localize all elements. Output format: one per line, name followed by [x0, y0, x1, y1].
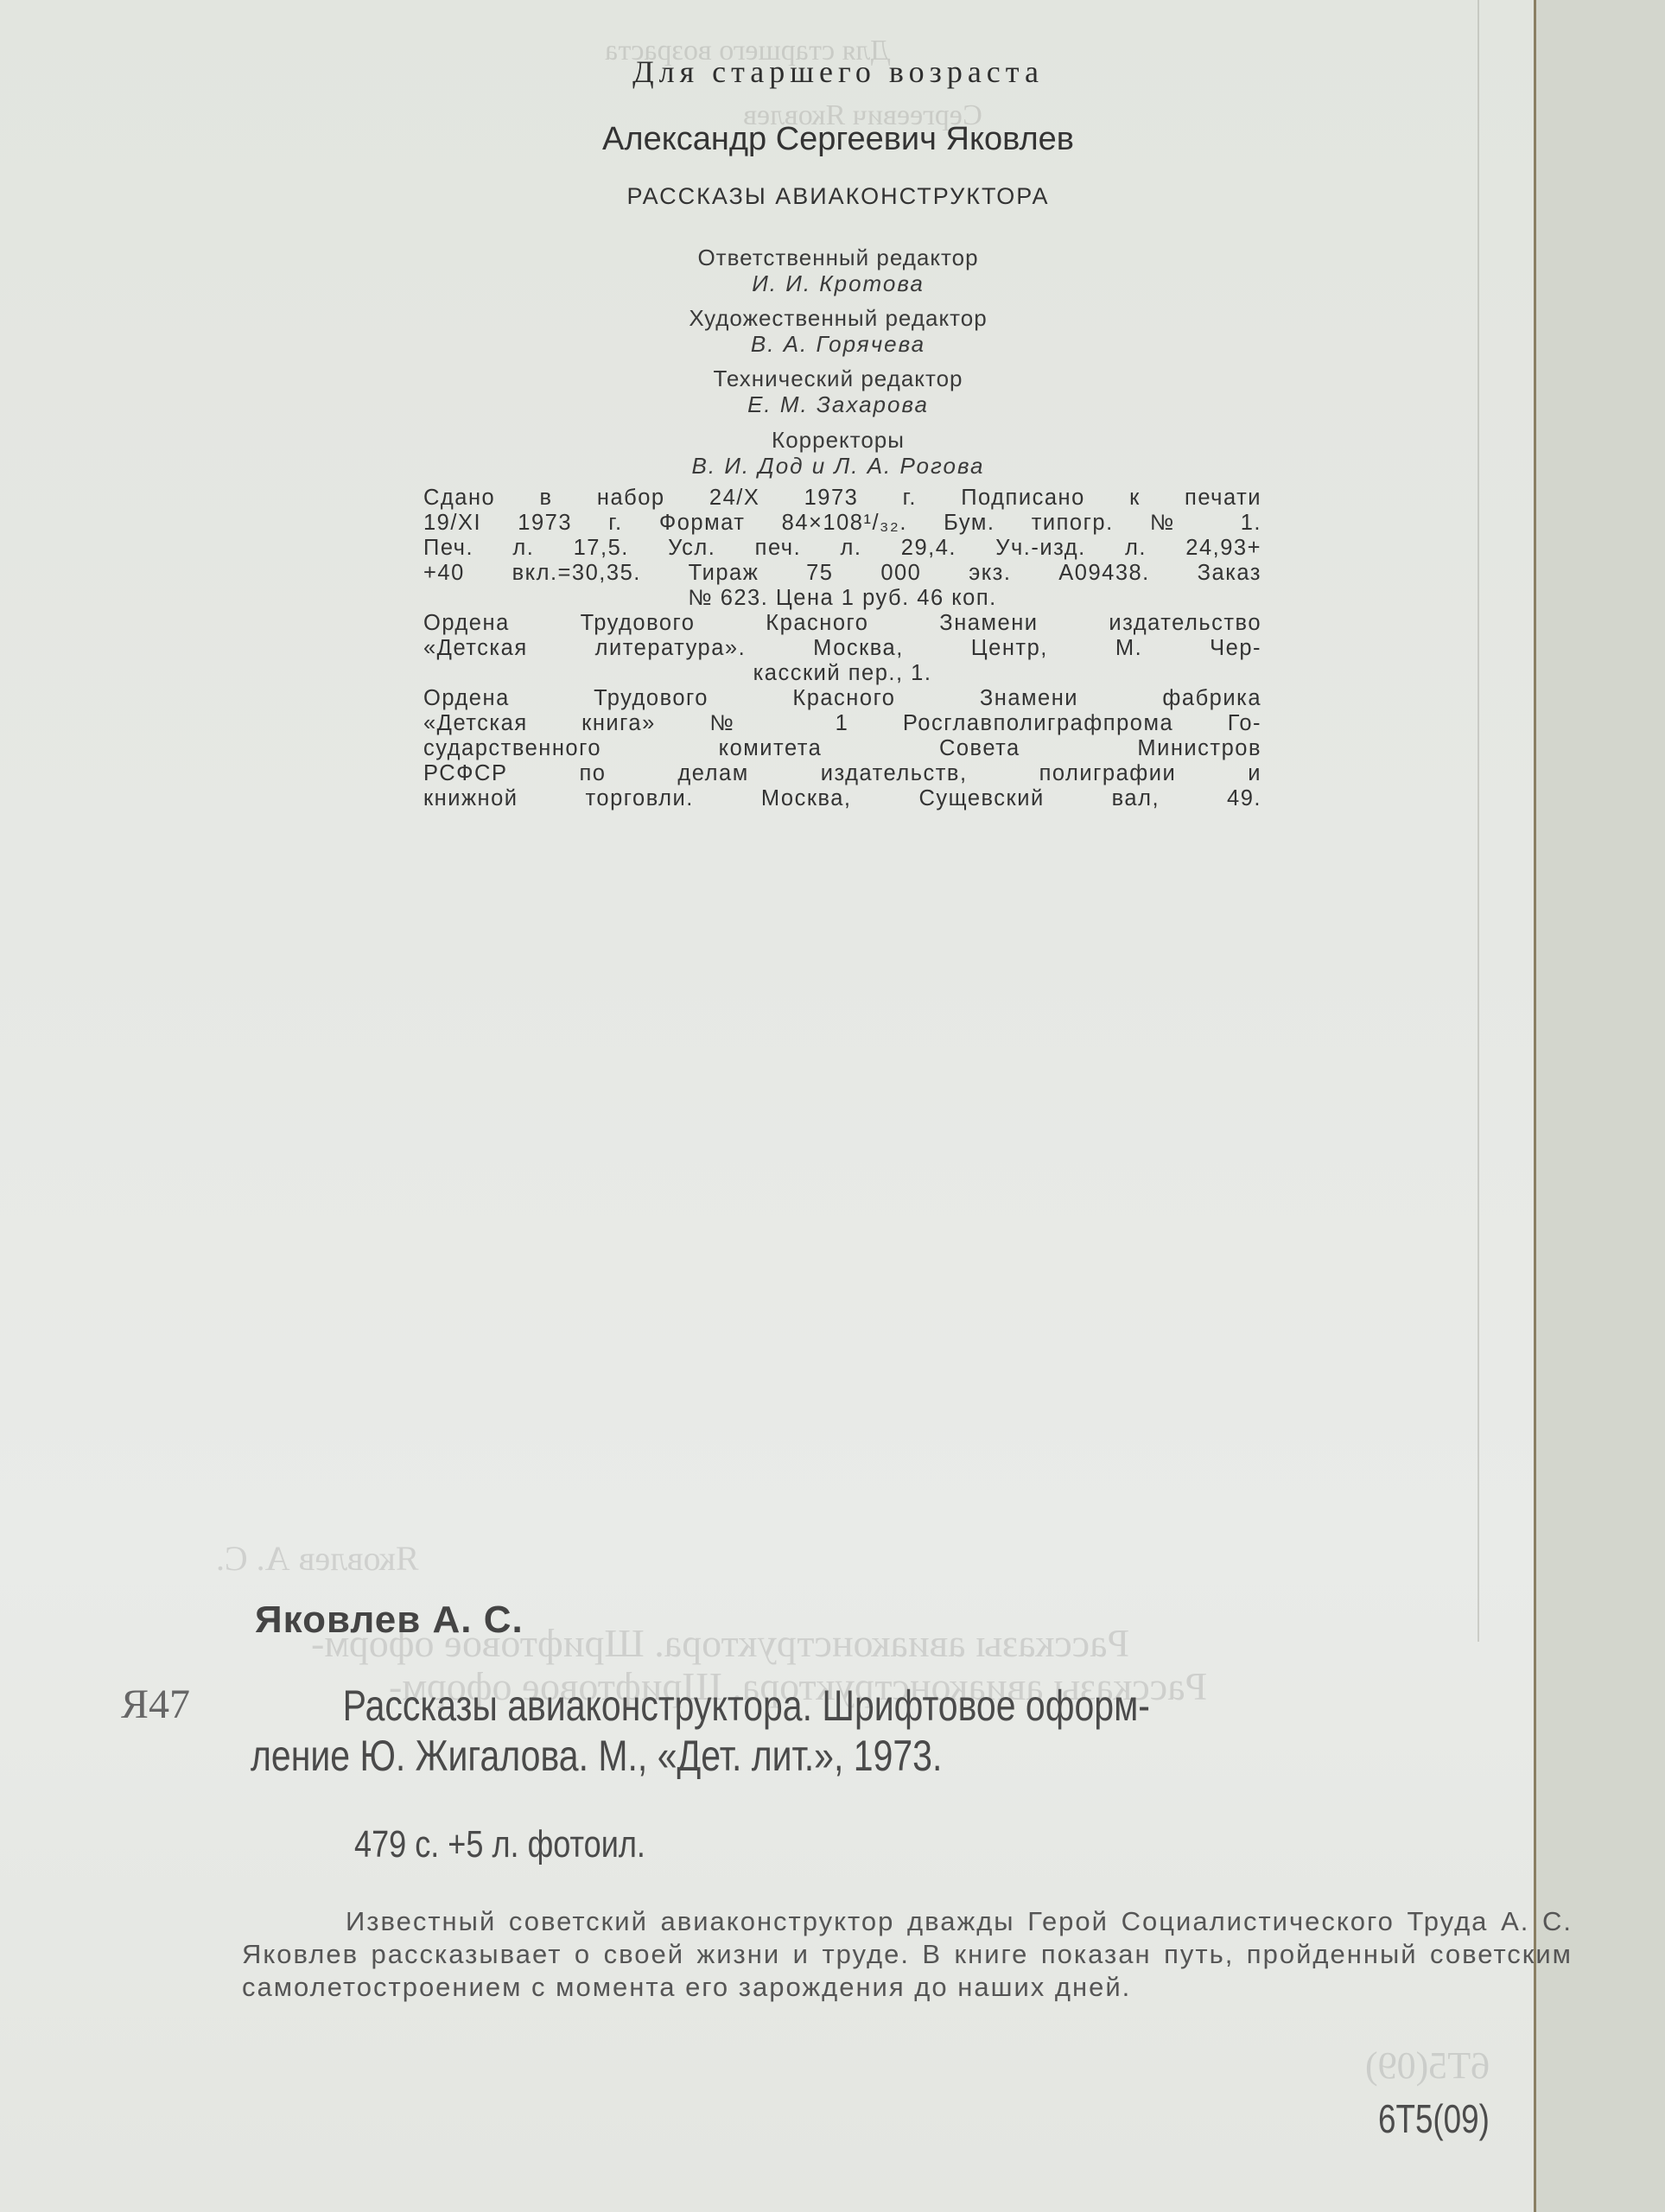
- imprint-line: Печ. л. 17,5. Усл. печ. л. 29,4. Уч.-изд…: [423, 536, 1261, 561]
- credit-role-art-editor: Художественный редактор: [0, 305, 1665, 332]
- printer-line: «Детская книга» № 1 Росглавполиграфпрома…: [423, 711, 1261, 736]
- author-full-name: Александр Сергеевич Яковлев: [0, 121, 1665, 158]
- imprint-block: Сдано в набор 24/X 1973 г. Подписано к п…: [423, 486, 1261, 811]
- publisher-line: касский пер., 1.: [423, 661, 1261, 686]
- catalog-pages: 479 с. +5 л. фотоил.: [354, 1823, 645, 1866]
- imprint-line: +40 вкл.=30,35. Тираж 75 000 экз. А09438…: [423, 561, 1261, 586]
- credit-name-art-editor: В. А. Горячева: [0, 331, 1665, 358]
- age-group-label: Для старшего возраста: [0, 54, 1665, 90]
- show-through-text: 6Т5(09): [1365, 2044, 1490, 2088]
- catalog-description-line: Рассказы авиаконструктора. Шрифтовое офо…: [251, 1681, 1547, 1731]
- credit-name-proofreaders: В. И. Дод и Л. А. Рогова: [0, 453, 1665, 480]
- catalog-author-heading: Яковлев А. С.: [255, 1599, 524, 1642]
- imprint-line: № 623. Цена 1 руб. 46 коп.: [423, 586, 1261, 611]
- show-through-text: Яковлев А. С.: [216, 1538, 419, 1579]
- catalog-classification: 6Т5(09): [1378, 2095, 1490, 2142]
- catalog-annotation-text: Известный советский авиаконструктор дваж…: [242, 1905, 1573, 2004]
- book-title: РАССКАЗЫ АВИАКОНСТРУКТОРА: [0, 183, 1665, 210]
- catalog-description: Рассказы авиаконструктора. Шрифтовое офо…: [251, 1681, 1547, 1781]
- imprint-line: Сдано в набор 24/X 1973 г. Подписано к п…: [423, 486, 1261, 511]
- publisher-line: Ордена Трудового Красного Знамени издате…: [423, 611, 1261, 636]
- printer-line: книжной торговли. Москва, Сущевский вал,…: [423, 786, 1261, 811]
- printer-line: сударственного комитета Совета Министров: [423, 736, 1261, 761]
- credit-role-technical-editor: Технический редактор: [0, 365, 1665, 392]
- credit-role-responsible-editor: Ответственный редактор: [0, 245, 1665, 271]
- publisher-line: «Детская литература». Москва, Центр, М. …: [423, 636, 1261, 661]
- catalog-annotation: Известный советский авиаконструктор дваж…: [242, 1905, 1573, 2004]
- catalog-shelf-code: Я47: [121, 1681, 190, 1728]
- credit-name-technical-editor: Е. М. Захарова: [0, 391, 1665, 418]
- printer-line: Ордена Трудового Красного Знамени фабрик…: [423, 686, 1261, 711]
- imprint-line: 19/XI 1973 г. Формат 84×108¹/₃₂. Бум. ти…: [423, 511, 1261, 536]
- credit-name-responsible-editor: И. И. Кротова: [0, 270, 1665, 297]
- catalog-description-line: ление Ю. Жигалова. М., «Дет. лит.», 1973…: [251, 1731, 1547, 1781]
- printer-line: РСФСР по делам издательств, полиграфии и: [423, 761, 1261, 786]
- credit-role-proofreaders: Корректоры: [0, 427, 1665, 454]
- book-page: Для старшего возраста Сергеевич Яковлев …: [0, 0, 1536, 2212]
